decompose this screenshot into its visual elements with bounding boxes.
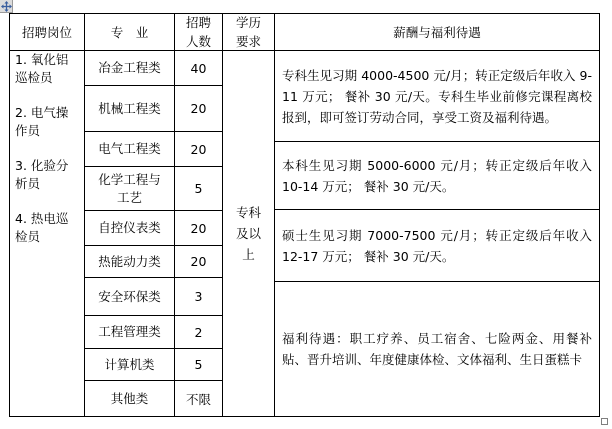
- positions-cell[interactable]: 1. 氧化铝巡检员 2. 电气操作员 3. 化验分析员 4. 热电巡检员: [10, 51, 85, 416]
- header-major[interactable]: 专 业: [85, 14, 175, 51]
- table-resize-handle[interactable]: [601, 418, 608, 425]
- major-cell[interactable]: 热能动力类: [85, 246, 175, 278]
- table-left-grid: 招聘岗位 专 业 招聘人数 学历要求 1. 氧化铝巡检员 2. 电气操作员 3.…: [10, 14, 275, 416]
- header-salary[interactable]: 薪酬与福利待遇: [275, 14, 599, 51]
- major-cell[interactable]: 化学工程与工艺: [85, 167, 175, 211]
- salary-block-bachelor[interactable]: 本科生见习期 5000-6000 元/月；转正定级后年收入 10-14 万元； …: [275, 142, 599, 210]
- count-cell[interactable]: 2: [175, 316, 223, 349]
- position-item[interactable]: 3. 化验分析员: [15, 157, 79, 193]
- count-cell[interactable]: 20: [175, 86, 223, 132]
- major-cell[interactable]: 自控仪表类: [85, 211, 175, 246]
- recruitment-table: 招聘岗位 专 业 招聘人数 学历要求 1. 氧化铝巡检员 2. 电气操作员 3.…: [9, 13, 600, 417]
- education-text: 专科及以上: [234, 202, 263, 265]
- move-arrows-icon: [1, 1, 12, 12]
- major-cell[interactable]: 安全环保类: [85, 278, 175, 316]
- count-cell[interactable]: 20: [175, 132, 223, 167]
- major-cell[interactable]: 机械工程类: [85, 86, 175, 132]
- count-cell[interactable]: 20: [175, 246, 223, 278]
- count-cell[interactable]: 20: [175, 211, 223, 246]
- count-cell[interactable]: 不限: [175, 381, 223, 416]
- major-cell[interactable]: 电气工程类: [85, 132, 175, 167]
- table-move-handle[interactable]: [0, 0, 13, 13]
- header-position[interactable]: 招聘岗位: [10, 14, 85, 51]
- position-item[interactable]: 4. 热电巡检员: [15, 210, 79, 246]
- salary-block-master[interactable]: 硕士生见习期 7000-7500 元/月；转正定级后年收入 12-17 万元； …: [275, 210, 599, 282]
- salary-text: 专科生见习期 4000-4500 元/月；转正定级后年收入 9-11 万元； 餐…: [282, 65, 592, 128]
- benefits-text: 福利待遇：职工疗养、员工宿舍、七险两金、用餐补贴、晋升培训、年度健康体检、文体福…: [282, 328, 592, 370]
- salary-text: 本科生见习期 5000-6000 元/月；转正定级后年收入 10-14 万元； …: [282, 155, 592, 197]
- header-education[interactable]: 学历要求: [223, 14, 275, 51]
- education-cell[interactable]: 专科及以上: [223, 51, 275, 416]
- count-cell[interactable]: 40: [175, 51, 223, 86]
- count-cell[interactable]: 5: [175, 167, 223, 211]
- major-cell[interactable]: 冶金工程类: [85, 51, 175, 86]
- major-cell[interactable]: 计算机类: [85, 349, 175, 381]
- salary-text: 硕士生见习期 7000-7500 元/月；转正定级后年收入 12-17 万元； …: [282, 225, 592, 267]
- position-item[interactable]: 1. 氧化铝巡检员: [15, 51, 79, 87]
- document-page: 招聘岗位 专 业 招聘人数 学历要求 1. 氧化铝巡检员 2. 电气操作员 3.…: [0, 0, 612, 429]
- header-count[interactable]: 招聘人数: [175, 14, 223, 51]
- count-cell[interactable]: 3: [175, 278, 223, 316]
- major-cell[interactable]: 工程管理类: [85, 316, 175, 349]
- benefits-block[interactable]: 福利待遇：职工疗养、员工宿舍、七险两金、用餐补贴、晋升培训、年度健康体检、文体福…: [275, 282, 599, 416]
- positions-list: 1. 氧化铝巡检员 2. 电气操作员 3. 化验分析员 4. 热电巡检员: [15, 51, 79, 246]
- major-cell[interactable]: 其他类: [85, 381, 175, 416]
- salary-block-college[interactable]: 专科生见习期 4000-4500 元/月；转正定级后年收入 9-11 万元； 餐…: [275, 51, 599, 142]
- position-item[interactable]: 2. 电气操作员: [15, 104, 79, 140]
- count-cell[interactable]: 5: [175, 349, 223, 381]
- salary-column: 薪酬与福利待遇 专科生见习期 4000-4500 元/月；转正定级后年收入 9-…: [275, 14, 599, 416]
